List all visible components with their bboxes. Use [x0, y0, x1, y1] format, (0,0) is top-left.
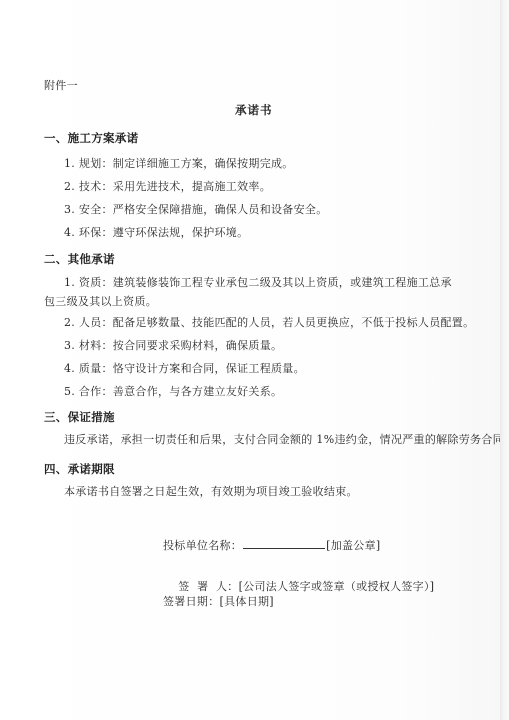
date-label: 签署日期： [163, 595, 220, 608]
section-2-heading: 二、其他承诺 [44, 252, 115, 266]
document-page: 附件一 承诺书 一、施工方案承诺 1. 规划：制定详细施工方案，确保按期完成。 … [0, 0, 500, 720]
date-value: [具体日期] [220, 595, 274, 608]
signer-label: 签 署 人： [178, 580, 238, 593]
bidder-seal-note: [加盖公章] [326, 539, 380, 552]
section-2-item-1: 1. 资质：建筑装修装饰工程专业承包二级及其以上资质，或建筑工程施工总承包三级及… [44, 273, 456, 311]
section-4-heading: 四、承诺期限 [44, 462, 115, 476]
section-3-item-1: 违反承诺，承担一切责任和后果，支付合同金额的 1%违约金，情况严重的解除劳务合同… [64, 433, 509, 447]
section-2-item-2: 2. 人员：配备足够数量、技能匹配的人员，若人员更换应，不低于投标人员配置。 [64, 316, 474, 330]
section-2-item-4: 4. 质量：恪守设计方案和合同，保证工程质量。 [64, 362, 305, 376]
section-2-item-5: 5. 合作：善意合作，与各方建立友好关系。 [64, 385, 282, 399]
bidder-name-blank [243, 537, 325, 549]
section-1-item-4: 4. 环保：遵守环保法规，保护环境。 [64, 226, 248, 240]
bidder-line: 投标单位名称：[加盖公章] [163, 537, 381, 553]
attachment-label: 附件一 [44, 79, 78, 93]
bidder-label: 投标单位名称： [163, 539, 242, 552]
date-line: 签署日期：[具体日期] [163, 595, 274, 609]
section-3-heading: 三、保证措施 [44, 410, 115, 424]
section-1-heading: 一、施工方案承诺 [44, 131, 138, 145]
section-1-item-3: 3. 安全：严格安全保障措施，确保人员和设备安全。 [64, 203, 328, 217]
page-edge-shadow [500, 0, 509, 720]
signer-value: [公司法人签字或签章（或授权人签字）] [239, 580, 435, 593]
section-1-item-2: 2. 技术：采用先进技术，提高施工效率。 [64, 180, 271, 194]
section-2-item-3: 3. 材料：按合同要求采购材料，确保质量。 [64, 339, 282, 353]
section-4-item-1: 本承诺书自签署之日起生效，有效期为项目竣工验收结束。 [64, 485, 358, 499]
document-title: 承诺书 [235, 103, 273, 117]
section-1-item-1: 1. 规划：制定详细施工方案，确保按期完成。 [64, 157, 294, 171]
